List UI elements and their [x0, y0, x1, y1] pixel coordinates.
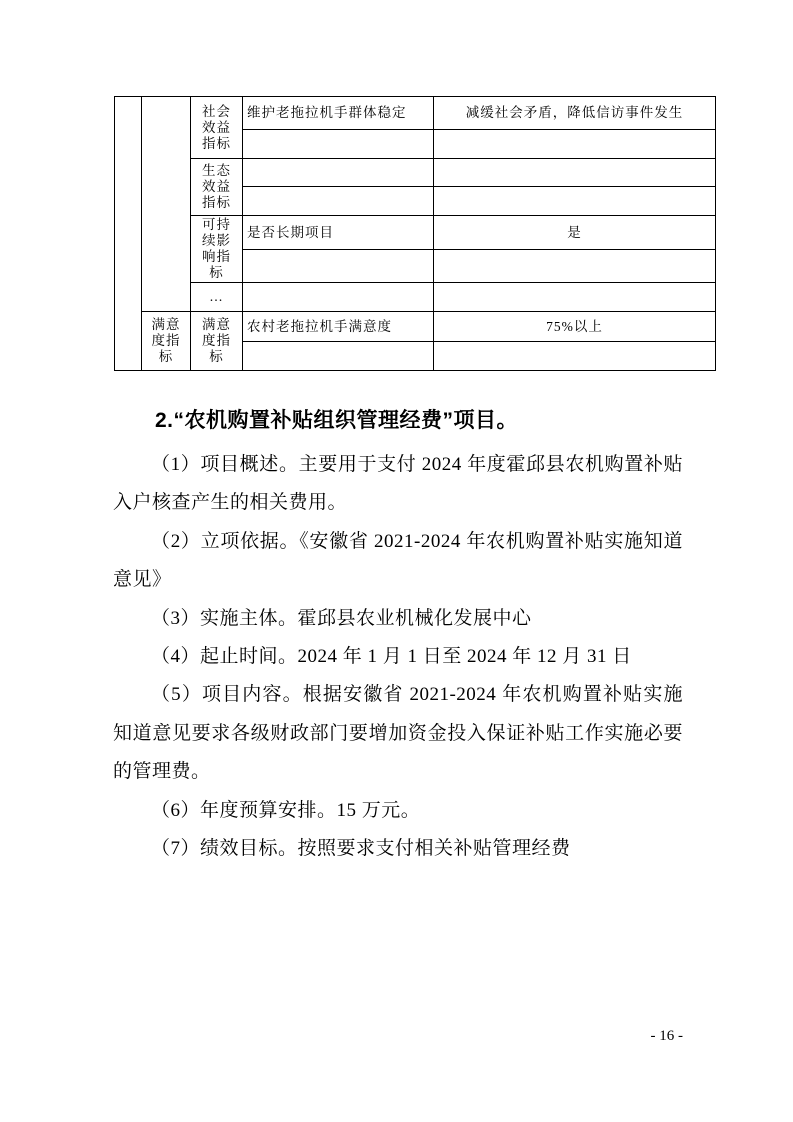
target-cell: 减缓社会矛盾，降低信访事件发生 [434, 97, 716, 130]
group-label-sustainability: 可持续影响指标 [191, 216, 243, 283]
section-heading: 2.“农机购置补贴组织管理经费”项目。 [113, 406, 683, 436]
table-row: … [115, 283, 716, 312]
paragraph-performance-goal: （7）绩效目标。按照要求支付相关补贴管理经费 [113, 830, 683, 868]
indicator-cell [243, 187, 434, 216]
stub-col-level2-cell [142, 97, 191, 312]
target-cell: 75%以上 [434, 312, 716, 342]
document-page: 社会效益指标 维护老拖拉机手群体稳定 减缓社会矛盾，降低信访事件发生 生态效益指… [0, 0, 793, 1122]
paragraph-project-content: （5）项目内容。根据安徽省 2021-2024 年农机购置补贴实施知道意见要求各… [113, 676, 683, 791]
target-cell: 是 [434, 216, 716, 250]
stub-col-level1-cell [115, 97, 142, 371]
group-label-ellipsis: … [191, 283, 243, 312]
target-cell [434, 130, 716, 159]
group-label-social-benefit: 社会效益指标 [191, 97, 243, 159]
category-label-satisfaction: 满意度指标 [142, 312, 191, 371]
paragraph-project-basis: （2）立项依据。《安徽省 2021-2024 年农机购置补贴实施知道意见》 [113, 523, 683, 600]
table-row: 满意度指标 满意度指标 农村老拖拉机手满意度 75%以上 [115, 312, 716, 342]
target-cell [434, 342, 716, 371]
indicator-cell: 农村老拖拉机手满意度 [243, 312, 434, 342]
indicator-cell [243, 159, 434, 187]
target-cell [434, 159, 716, 187]
page-number: - 16 - [651, 1028, 684, 1044]
indicator-cell: 是否长期项目 [243, 216, 434, 250]
performance-indicator-table: 社会效益指标 维护老拖拉机手群体稳定 减缓社会矛盾，降低信访事件发生 生态效益指… [114, 96, 716, 371]
paragraph-project-overview: （1）项目概述。主要用于支付 2024 年度霍邱县农机购置补贴入户核查产生的相关… [113, 446, 683, 523]
group-label-satisfaction: 满意度指标 [191, 312, 243, 371]
indicator-cell [243, 250, 434, 283]
table-row: 可持续影响指标 是否长期项目 是 [115, 216, 716, 250]
section-body: 2.“农机购置补贴组织管理经费”项目。 （1）项目概述。主要用于支付 2024 … [113, 406, 683, 868]
target-cell [434, 250, 716, 283]
table-row: 社会效益指标 维护老拖拉机手群体稳定 减缓社会矛盾，降低信访事件发生 [115, 97, 716, 130]
indicator-cell: 维护老拖拉机手群体稳定 [243, 97, 434, 130]
indicator-cell [243, 283, 434, 312]
indicator-cell [243, 130, 434, 159]
indicator-cell [243, 342, 434, 371]
table-row: 生态效益指标 [115, 159, 716, 187]
paragraph-implementing-body: （3）实施主体。霍邱县农业机械化发展中心 [113, 600, 683, 638]
target-cell [434, 187, 716, 216]
paragraph-time-range: （4）起止时间。2024 年 1 月 1 日至 2024 年 12 月 31 日 [113, 638, 683, 676]
paragraph-annual-budget: （6）年度预算安排。15 万元。 [113, 792, 683, 830]
target-cell [434, 283, 716, 312]
group-label-eco-benefit: 生态效益指标 [191, 159, 243, 216]
page-footer: - 16 - [113, 1026, 683, 1046]
